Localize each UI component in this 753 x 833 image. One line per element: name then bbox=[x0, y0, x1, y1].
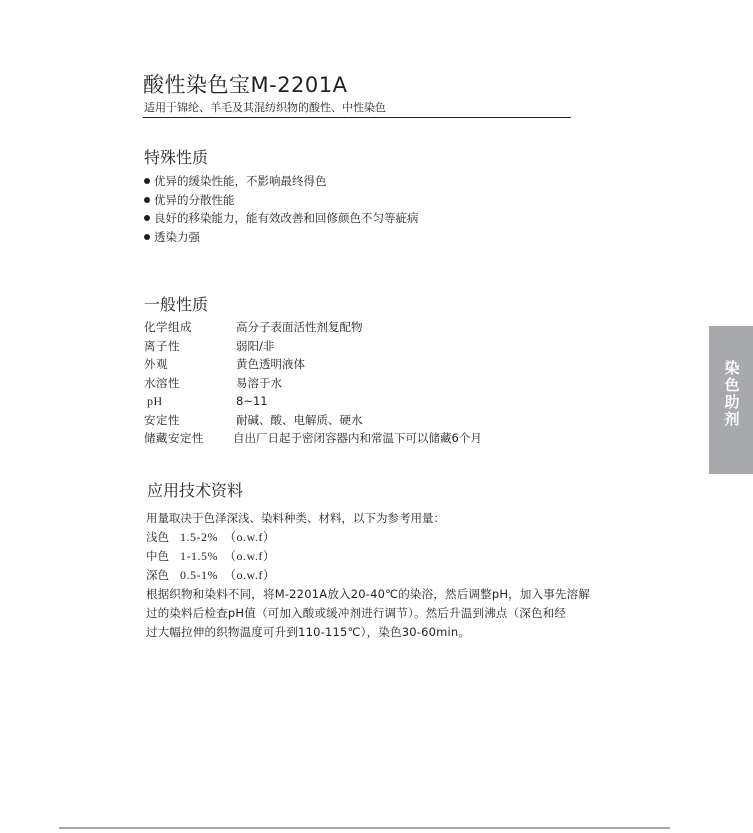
list-item: 透染力强 bbox=[144, 228, 419, 247]
dosage-shade: 浅色 bbox=[146, 528, 180, 547]
special-properties-heading: 特殊性质 bbox=[144, 148, 208, 168]
list-item: 良好的移染能力，能有效改善和回修颜色不匀等疵病 bbox=[144, 209, 419, 228]
property-value: 易溶于水 bbox=[236, 375, 282, 391]
dosage-row-dark: 深色 0.5-1% （o.w.f） bbox=[146, 566, 590, 585]
dosage-unit: （o.w.f） bbox=[224, 547, 275, 566]
property-label: 水溶性 bbox=[144, 375, 236, 391]
dosage-range: 1.5-2% bbox=[180, 528, 218, 547]
bullet-text: 优异的分散性能 bbox=[154, 192, 235, 208]
property-value: 8~11 bbox=[236, 394, 268, 408]
application-body: 用量取决于色泽深浅、染料种类、材料，以下为参考用量： 浅色 1.5-2% （o.… bbox=[146, 509, 590, 642]
dosage-shade: 中色 bbox=[146, 547, 180, 566]
footer-divider bbox=[59, 827, 670, 829]
list-item: 优异的分散性能 bbox=[144, 191, 419, 210]
property-row-ph: pH 8~11 bbox=[144, 392, 482, 411]
property-label: 离子性 bbox=[144, 338, 236, 354]
list-item: 优异的缓染性能，不影响最终得色 bbox=[144, 172, 419, 191]
property-value: 黄色透明液体 bbox=[236, 356, 305, 372]
property-row-stability: 安定性 耐碱、酸、电解质、硬水 bbox=[144, 411, 482, 430]
category-side-tab: 染色助剂 bbox=[709, 326, 753, 474]
property-label: 化学组成 bbox=[144, 319, 236, 335]
product-title: 酸性染色宝M-2201A bbox=[143, 72, 348, 98]
header-divider bbox=[143, 117, 571, 118]
property-value: 高分子表面活性剂复配物 bbox=[236, 319, 363, 335]
bullet-text: 良好的移染能力，能有效改善和回修颜色不匀等疵病 bbox=[154, 210, 419, 226]
application-heading: 应用技术资料 bbox=[147, 481, 243, 501]
property-row-storage: 储藏安定性 自出厂日起于密闭容器内和常温下可以储藏6个月 bbox=[144, 429, 482, 448]
bullet-text: 优异的缓染性能，不影响最终得色 bbox=[154, 173, 327, 189]
bullet-text: 透染力强 bbox=[154, 229, 200, 245]
property-value: 弱阳/非 bbox=[236, 338, 274, 354]
dosage-row-light: 浅色 1.5-2% （o.w.f） bbox=[146, 528, 590, 547]
application-intro: 用量取决于色泽深浅、染料种类、材料，以下为参考用量： bbox=[146, 509, 590, 528]
property-label: pH bbox=[144, 394, 236, 409]
dosage-shade: 深色 bbox=[146, 566, 180, 585]
property-value: 耐碱、酸、电解质、硬水 bbox=[236, 412, 363, 428]
dosage-unit: （o.w.f） bbox=[224, 528, 275, 547]
dosage-unit: （o.w.f） bbox=[224, 566, 275, 585]
property-row-ionicity: 离子性 弱阳/非 bbox=[144, 337, 482, 356]
bullet-icon bbox=[144, 234, 150, 240]
general-properties-table: 化学组成 高分子表面活性剂复配物 离子性 弱阳/非 外观 黄色透明液体 水溶性 … bbox=[144, 318, 482, 448]
property-value: 自出厂日起于密闭容器内和常温下可以储藏6个月 bbox=[233, 430, 482, 446]
bullet-icon bbox=[144, 178, 150, 184]
bullet-icon bbox=[144, 197, 150, 203]
procedure-line: 过的染料后检查pH值（可加入酸或缓冲剂进行调节）。然后升温到沸点（深色和经 bbox=[146, 604, 590, 623]
procedure-line: 根据织物和染料不同，将M-2201A放入20-40℃的染浴，然后调整pH，加入事… bbox=[146, 585, 590, 604]
property-label: 外观 bbox=[144, 356, 236, 372]
property-row-composition: 化学组成 高分子表面活性剂复配物 bbox=[144, 318, 482, 337]
dosage-range: 0.5-1% bbox=[180, 566, 218, 585]
product-subtitle: 适用于锦纶、羊毛及其混纺织物的酸性、中性染色 bbox=[144, 101, 386, 115]
property-row-appearance: 外观 黄色透明液体 bbox=[144, 355, 482, 374]
special-properties-list: 优异的缓染性能，不影响最终得色 优异的分散性能 良好的移染能力，能有效改善和回修… bbox=[144, 172, 419, 246]
general-properties-heading: 一般性质 bbox=[144, 295, 208, 315]
property-label: 安定性 bbox=[144, 412, 236, 428]
dosage-range: 1-1.5% bbox=[180, 547, 218, 566]
dosage-row-medium: 中色 1-1.5% （o.w.f） bbox=[146, 547, 590, 566]
property-row-solubility: 水溶性 易溶于水 bbox=[144, 374, 482, 393]
bullet-icon bbox=[144, 215, 150, 221]
procedure-line: 过大幅拉伸的织物温度可升到110-115℃），染色30-60min。 bbox=[146, 623, 590, 642]
category-side-tab-label: 染色助剂 bbox=[724, 360, 739, 474]
property-label: 储藏安定性 bbox=[144, 430, 236, 446]
